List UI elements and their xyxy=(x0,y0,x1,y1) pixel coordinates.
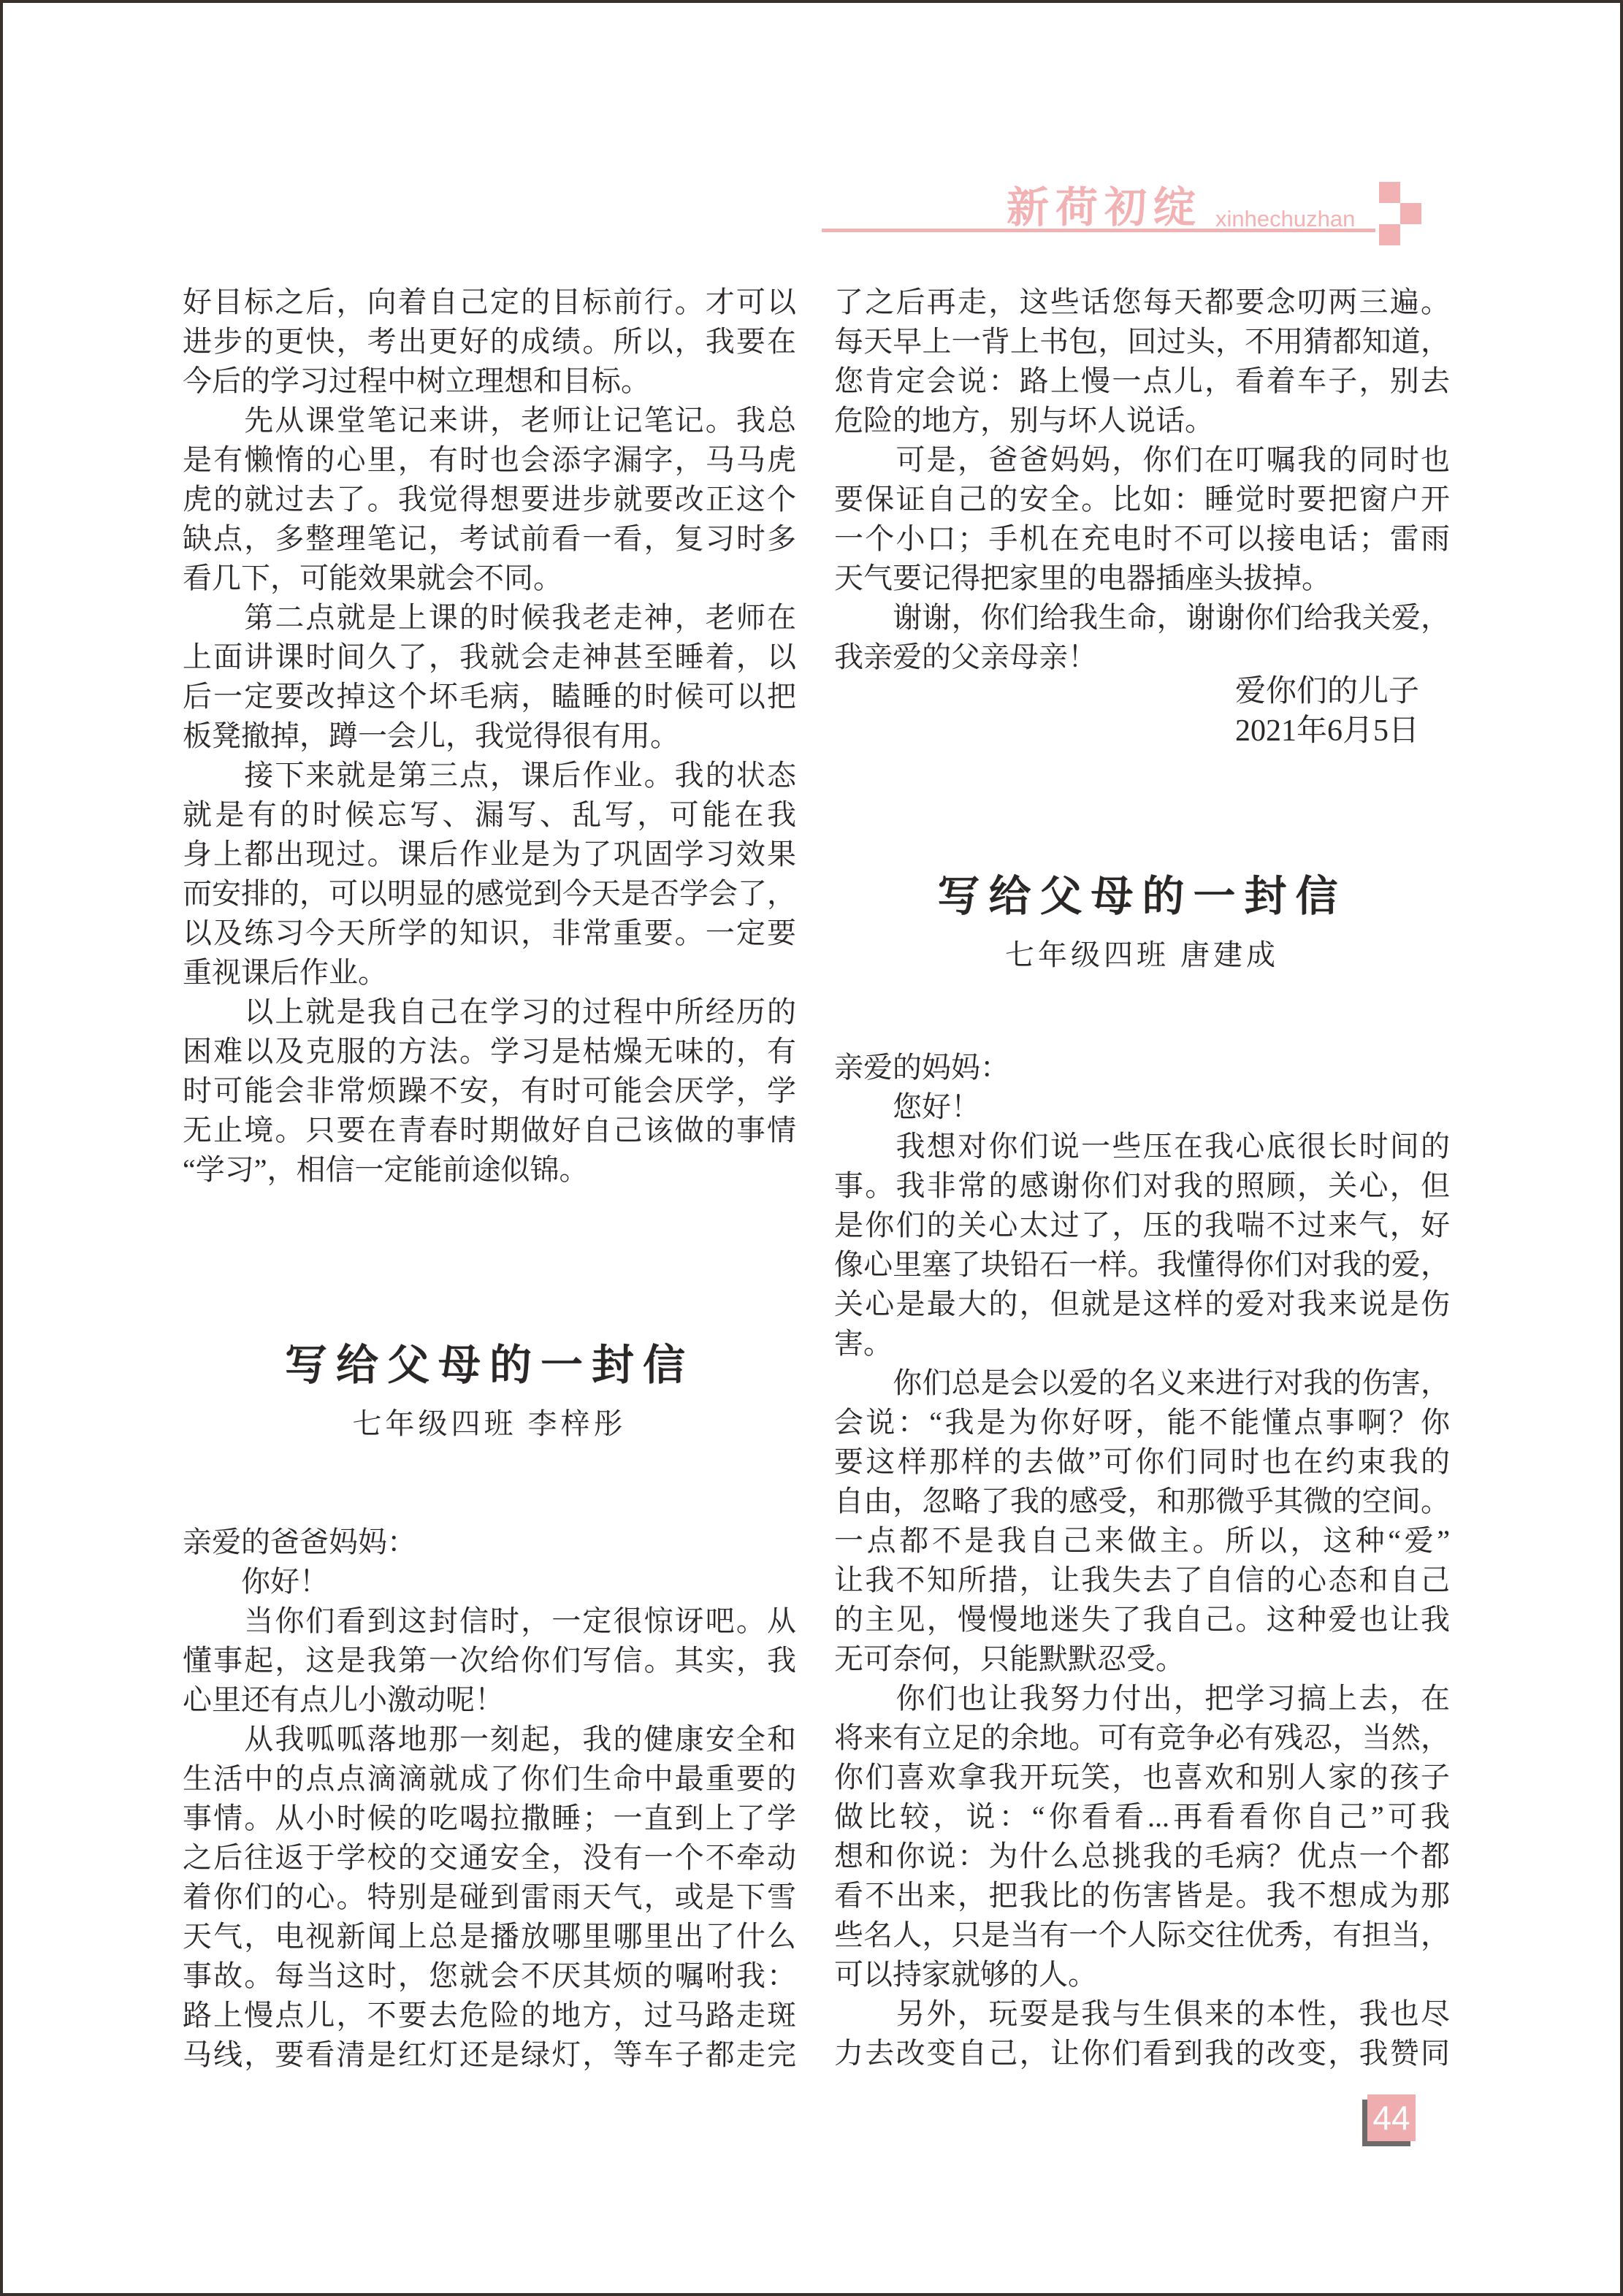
text-line: 做比较，说：“你看看...再看看你自己”可我 xyxy=(834,1797,1450,1837)
text-line: 着你们的心。特别是碰到雷雨天气，或是下雪 xyxy=(183,1878,796,1917)
text-line: 重视课后作业。 xyxy=(183,953,796,992)
text-line: 自由，忽略了我的感受，和那微乎其微的空间。 xyxy=(834,1482,1450,1521)
text-line: 谢谢，你们给我生命，谢谢你们给我关爱， xyxy=(834,598,1450,638)
text-line: 心里还有点儿小激动呢！ xyxy=(183,1680,796,1720)
text-line: 你们也让我努力付出，把学习搞上去，在 xyxy=(834,1679,1450,1718)
text-line: 每天早上一背上书包，回过头，不用猜都知道， xyxy=(834,322,1450,361)
text-line: 无止境。只要在青春时期做好自己该做的事情 xyxy=(183,1111,796,1150)
page-number: 44 xyxy=(1372,2098,1410,2138)
text-line: 将来有立足的余地。可有竞争必有残忍，当然， xyxy=(834,1718,1450,1758)
letter-body-left: 亲爱的爸爸妈妈： 你好！ 当你们看到这封信时，一定很惊讶吧。从懂事起，这是我第一… xyxy=(183,1523,796,2075)
text-line: 了之后再走，这些话您每天都要念叨两三遍。 xyxy=(834,283,1450,322)
text-line: 事情。从小时候的吃喝拉撒睡；一直到上了学 xyxy=(183,1799,796,1838)
text-line: 会说：“我是为你好呀，能不能懂点事啊？你 xyxy=(834,1403,1450,1442)
article-byline-right: 七年级四班 唐建成 xyxy=(834,937,1450,973)
text-line: 路上慢点儿，不要去危险的地方，过马路走斑 xyxy=(183,1996,796,2035)
text-line: 你好！ xyxy=(183,1562,796,1602)
article-title-left: 写给父母的一封信 xyxy=(183,1340,796,1391)
text-line: 今后的学习过程中树立理想和目标。 xyxy=(183,361,796,401)
text-line: 我想对你们说一些压在我心底很长时间的 xyxy=(834,1127,1450,1166)
text-line: 马线，要看清是红灯还是绿灯，等车子都走完 xyxy=(183,2035,796,2075)
text-line: 先从课堂笔记来讲，老师让记笔记。我总 xyxy=(183,401,796,440)
text-line: 危险的地方，别与坏人说话。 xyxy=(834,401,1450,440)
text-line: 看不出来，把我比的伤害皆是。我不想成为那 xyxy=(834,1876,1450,1916)
text-line: 好目标之后，向着自己定的目标前行。才可以 xyxy=(183,283,796,322)
text-line: 后一定要改掉这个坏毛病，瞌睡的时候可以把 xyxy=(183,677,796,716)
decor-square-1 xyxy=(1379,182,1400,203)
text-line: 进步的更快，考出更好的成绩。所以，我要在 xyxy=(183,322,796,361)
text-line: 就是有的时候忘写、漏写、乱写，可能在我 xyxy=(183,795,796,835)
text-line: 要保证自己的安全。比如：睡觉时要把窗户开 xyxy=(834,480,1450,519)
text-line: 缺点，多整理笔记，考试前看一看，复习时多 xyxy=(183,519,796,559)
text-line: 事故。每当这时，您就会不厌其烦的嘱咐我： xyxy=(183,1956,796,1996)
text-line: 是有懒惰的心里，有时也会添字漏字，马马虎 xyxy=(183,440,796,480)
text-line: 你们总是会以爱的名义来进行对我的伤害， xyxy=(834,1363,1450,1403)
text-line: 一个小口；手机在充电时不可以接电话；雷雨 xyxy=(834,519,1450,559)
text-line: 想和你说：为什么总挑我的毛病？优点一个都 xyxy=(834,1837,1450,1876)
text-line: 天气，电视新闻上总是播放哪里哪里出了什么 xyxy=(183,1917,796,1956)
text-line: 的主见，慢慢地迷失了我自己。这种爱也让我 xyxy=(834,1600,1450,1639)
page-number-badge: 44 xyxy=(1367,2094,1416,2141)
article-byline-left: 七年级四班 李梓彤 xyxy=(183,1406,796,1442)
text-line: 关心是最大的，但就是这样的爱对我来说是伤 xyxy=(834,1285,1450,1324)
text-line: 可是，爸爸妈妈，你们在叮嘱我的同时也 xyxy=(834,440,1450,480)
text-line: 懂事起，这是我第一次给你们写信。其实，我 xyxy=(183,1641,796,1680)
text-line: “学习”，相信一定能前途似锦。 xyxy=(183,1150,796,1190)
text-line: 以及练习今天所学的知识，非常重要。一定要 xyxy=(183,914,796,953)
text-line: 无可奈何，只能默默忍受。 xyxy=(834,1639,1450,1679)
text-line: 接下来就是第三点，课后作业。我的状态 xyxy=(183,756,796,795)
text-line: 看几下，可能效果就会不同。 xyxy=(183,559,796,598)
text-line: 让我不知所措，让我失去了自信的心态和自己 xyxy=(834,1561,1450,1600)
signature-name: 爱你们的儿子 xyxy=(834,672,1450,711)
text-line: 您肯定会说：路上慢一点儿，看着车子，别去 xyxy=(834,361,1450,401)
letter-body-right: 亲爱的妈妈： 您好！ 我想对你们说一些压在我心底很长时间的事。我非常的感谢你们对… xyxy=(834,1048,1450,2073)
decor-square-2 xyxy=(1400,203,1421,224)
text-line: 身上都出现过。课后作业是为了巩固学习效果 xyxy=(183,835,796,874)
text-line: 困难以及克服的方法。学习是枯燥无味的，有 xyxy=(183,1032,796,1071)
signature-block: 爱你们的儿子 2021年6月5日 xyxy=(834,672,1450,751)
text-line: 你们喜欢拿我开玩笑，也喜欢和别人家的孩子 xyxy=(834,1758,1450,1797)
text-line: 是你们的关心太过了，压的我喘不过来气，好 xyxy=(834,1206,1450,1245)
text-line: 第二点就是上课的时候我老走神，老师在 xyxy=(183,598,796,638)
text-line: 亲爱的妈妈： xyxy=(834,1048,1450,1087)
text-line: 上面讲课时间久了，我就会走神甚至睡着，以 xyxy=(183,638,796,677)
text-line: 时可能会非常烦躁不安，有时可能会厌学，学 xyxy=(183,1071,796,1111)
text-line: 从我呱呱落地那一刻起，我的健康安全和 xyxy=(183,1720,796,1759)
magazine-page: { "page": { "number": "44" }, "header": … xyxy=(0,0,1623,2296)
text-line: 一点都不是我自己来做主。所以，这种“爱” xyxy=(834,1521,1450,1561)
text-line: 您好！ xyxy=(834,1087,1450,1127)
left-essay-continuation: 好目标之后，向着自己定的目标前行。才可以进步的更快，考出更好的成绩。所以，我要在… xyxy=(183,283,796,1190)
text-line: 事。我非常的感谢你们对我的照顾，关心，但 xyxy=(834,1166,1450,1206)
header-rule xyxy=(822,229,1375,232)
text-line: 以上就是我自己在学习的过程中所经历的 xyxy=(183,992,796,1032)
text-line: 像心里塞了块铅石一样。我懂得你们对我的爱， xyxy=(834,1245,1450,1285)
text-line: 力去改变自己，让你们看到我的改变，我赞同 xyxy=(834,2034,1450,2073)
text-line: 板凳撤掉，蹲一会儿，我觉得很有用。 xyxy=(183,716,796,756)
header-logo-cn: 新荷初绽 xyxy=(1007,185,1202,231)
signature-date: 2021年6月5日 xyxy=(834,711,1450,751)
text-line: 天气要记得把家里的电器插座头拔掉。 xyxy=(834,559,1450,598)
text-line: 而安排的，可以明显的感觉到今天是否学会了， xyxy=(183,874,796,914)
text-line: 些名人，只是当有一个人际交往优秀，有担当， xyxy=(834,1916,1450,1955)
text-line: 另外，玩耍是我与生俱来的本性，我也尽 xyxy=(834,1994,1450,2034)
text-line: 当你们看到这封信时，一定很惊讶吧。从 xyxy=(183,1602,796,1641)
text-line: 虎的就过去了。我觉得想要进步就要改正这个 xyxy=(183,480,796,519)
text-line: 之后往返于学校的交通安全，没有一个不牵动 xyxy=(183,1838,796,1878)
text-line: 生活中的点点滴滴就成了你们生命中最重要的 xyxy=(183,1759,796,1799)
text-line: 害。 xyxy=(834,1324,1450,1363)
text-line: 可以持家就够的人。 xyxy=(834,1955,1450,1994)
text-line: 我亲爱的父亲母亲！ xyxy=(834,638,1450,677)
right-letter-continuation: 了之后再走，这些话您每天都要念叨两三遍。每天早上一背上书包，回过头，不用猜都知道… xyxy=(834,283,1450,677)
text-line: 亲爱的爸爸妈妈： xyxy=(183,1523,796,1562)
article-title-right: 写给父母的一封信 xyxy=(834,871,1450,922)
text-line: 要这样那样的去做”可你们同时也在约束我的 xyxy=(834,1442,1450,1482)
decor-square-3 xyxy=(1379,224,1400,245)
